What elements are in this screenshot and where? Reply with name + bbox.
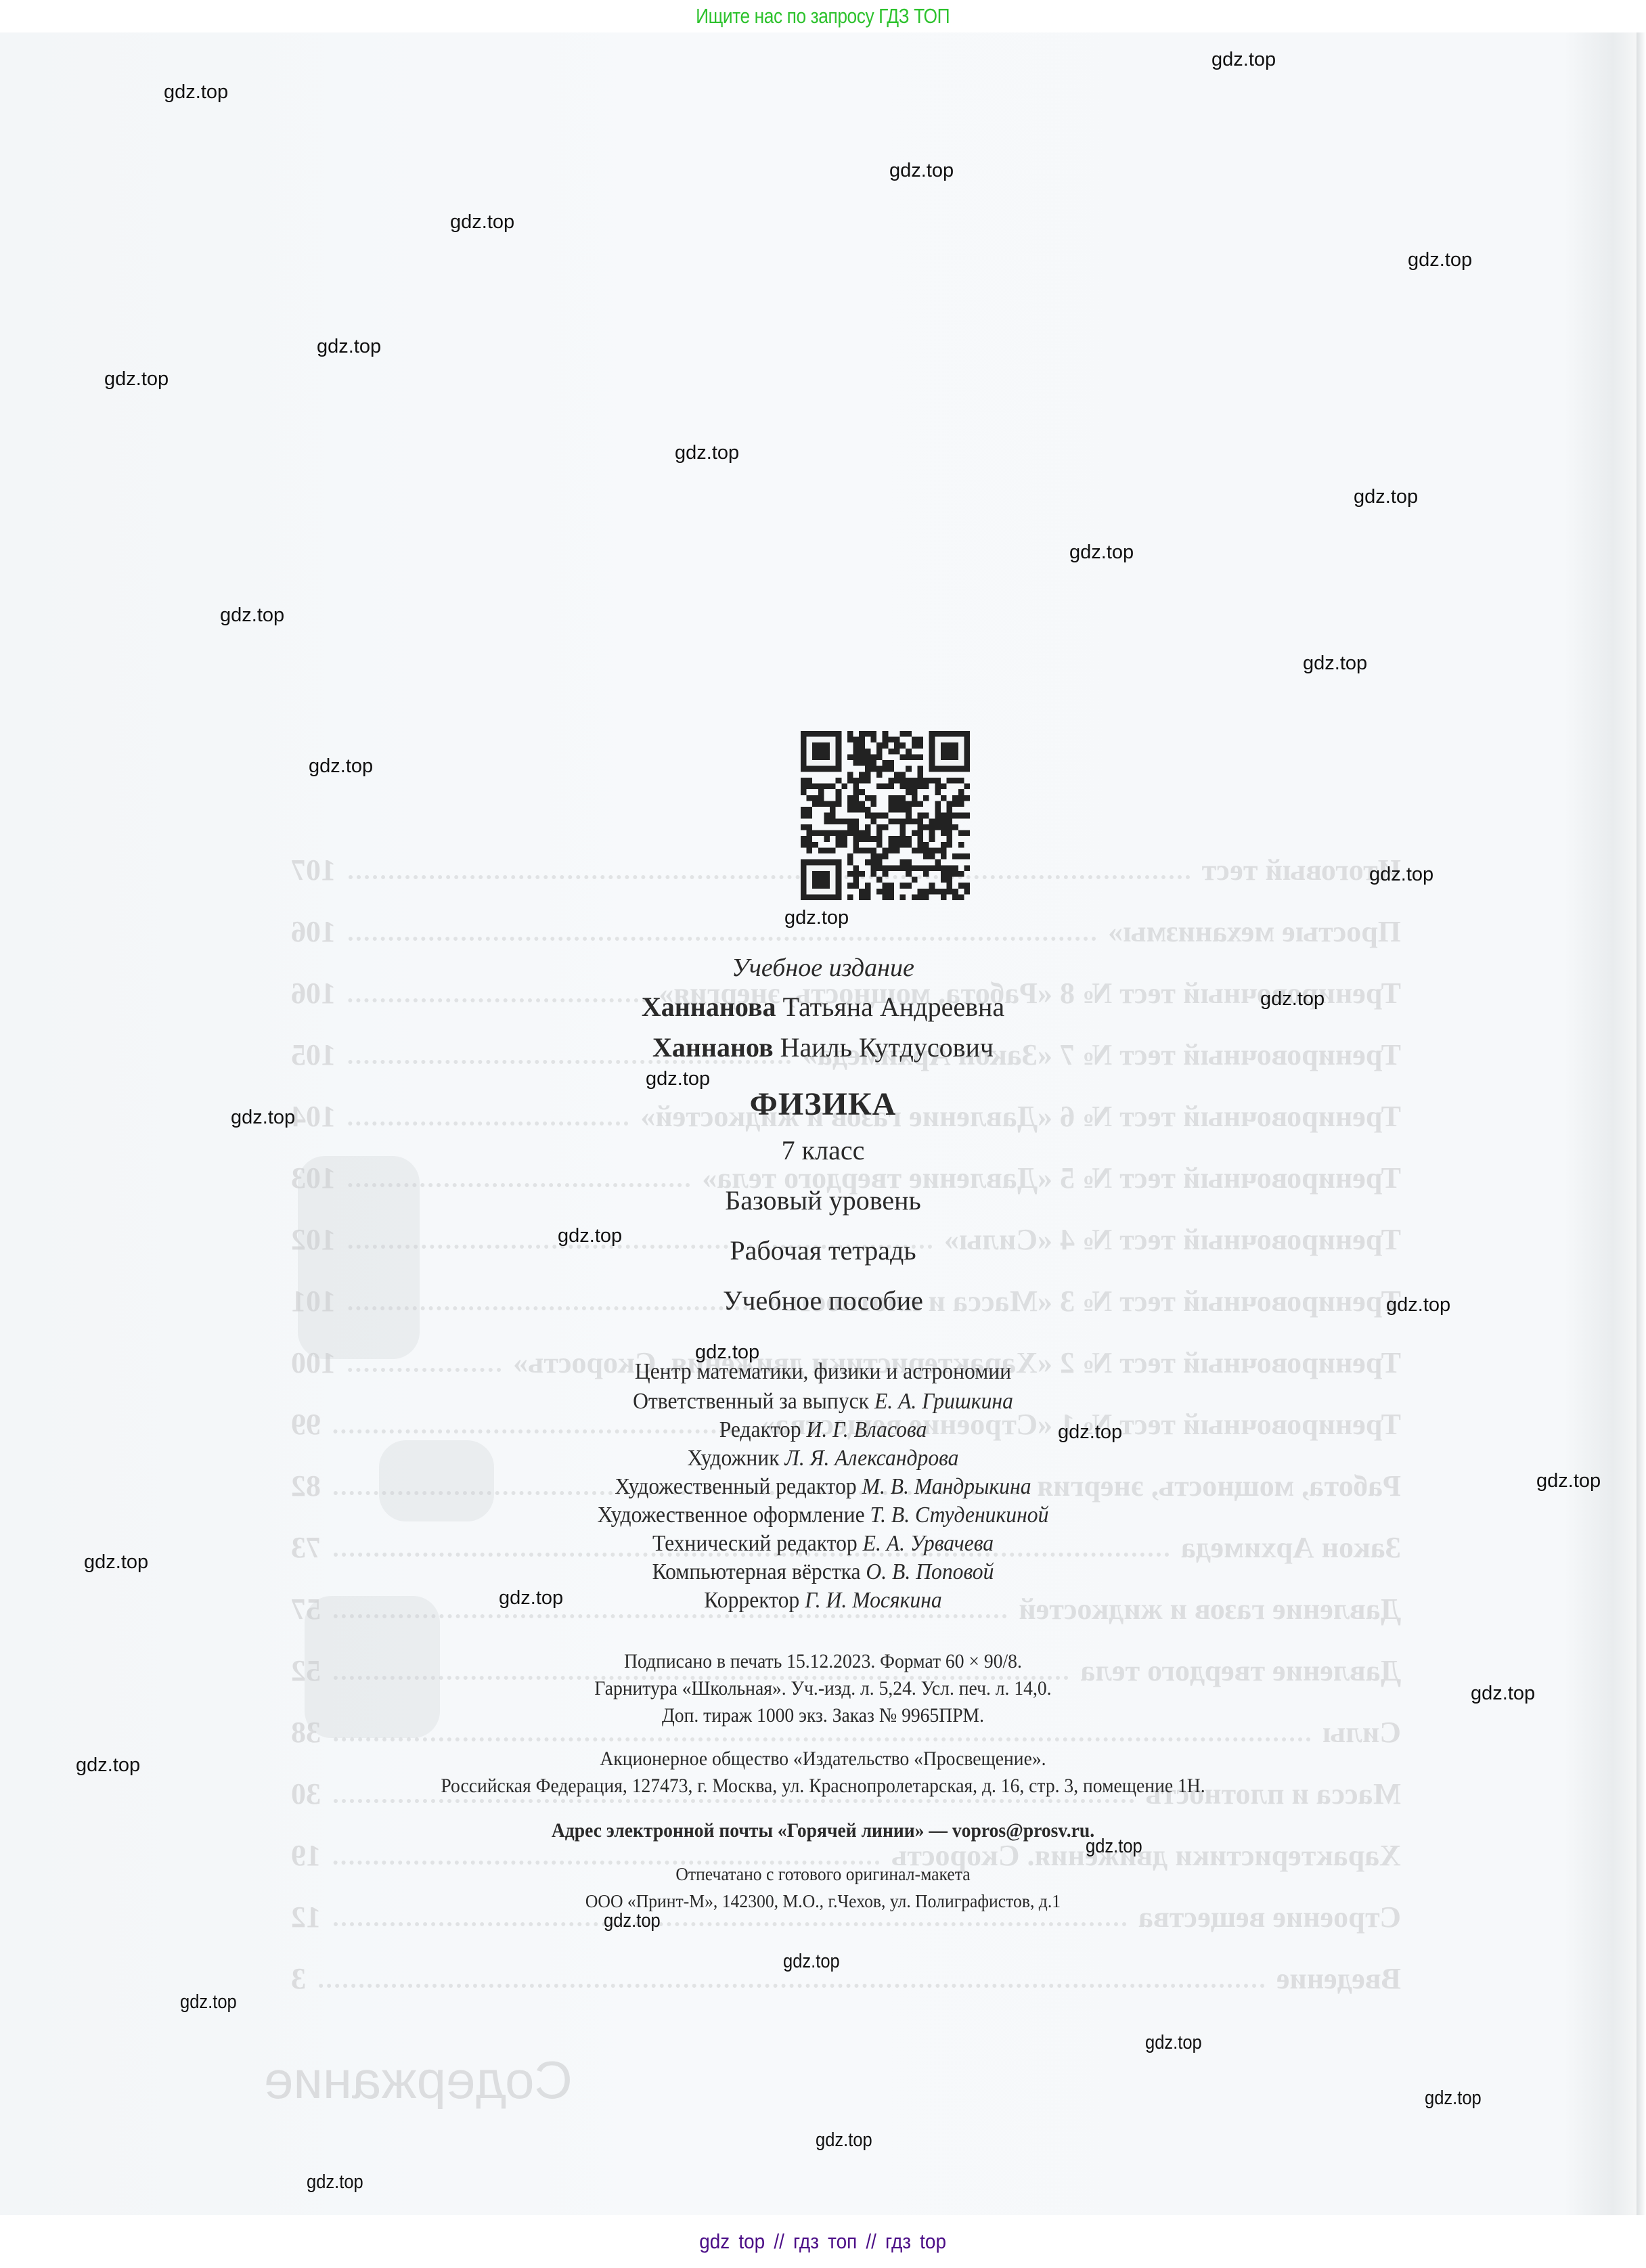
watermark-text: gdz.top [1260,988,1325,1010]
credit-name: И. Г. Власова [807,1417,927,1442]
watermark-text: gdz.top [1408,249,1472,271]
footer-bar: gdz top // гдз топ // гдз top [0,2215,1646,2268]
watermark-text: gdz.top [889,160,954,182]
publishing-center: Центр математики, физики и астрономии [58,1359,1588,1385]
watermark-text: gdz.top [695,1341,759,1364]
grade: 7 класс [0,1134,1646,1166]
watermark-text: gdz.top [1145,2032,1202,2054]
author-2-surname: Ханнанов [652,1032,774,1063]
credit-name: М. В. Мандрыкина [862,1474,1031,1499]
watermark-text: gdz.top [675,442,739,464]
publisher-address: Российская Федерация, 127473, г. Москва,… [66,1775,1580,1798]
watermark-text: gdz.top [231,1107,295,1129]
print-info-3: Доп. тираж 1000 экз. Заказ № 9965ПРМ. [66,1704,1580,1727]
credit-line: Ответственный за выпуск Е. А. Гришкина [58,1389,1588,1415]
level: Базовый уровень [0,1184,1646,1216]
watermark-text: gdz.top [1425,2087,1482,2110]
credit-role: Художественное оформление [598,1503,870,1528]
credit-line: Редактор И. Г. Власова [58,1417,1588,1443]
watermark-text: gdz.top [1386,1294,1450,1316]
credit-line: Художественный редактор М. В. Мандрыкина [58,1474,1588,1500]
watermark-text: gdz.top [604,1910,661,1932]
watermark-text: gdz.top [307,2171,363,2194]
watermark-text: gdz.top [164,81,228,104]
watermark-text: gdz.top [180,1991,237,2014]
watermark-text: gdz.top [84,1551,148,1574]
scanned-page: Содержание Введение3Строение вещества12Х… [0,32,1646,2215]
author-1: Ханнанова Татьяна Андреевна [0,991,1646,1023]
credit-name: Г. И. Мосякина [805,1588,942,1613]
book-type: Рабочая тетрадь [0,1235,1646,1266]
credit-role: Технический редактор [652,1531,863,1556]
watermark-text: gdz.top [1369,864,1433,886]
watermark-text: gdz.top [76,1754,140,1777]
qr-code-icon [801,731,970,900]
credit-line: Корректор Г. И. Мосякина [58,1588,1588,1614]
credit-role: Редактор [719,1417,807,1442]
credit-name: Т. В. Студеникиной [870,1503,1049,1528]
credit-role: Компьютерная вёрстка [652,1559,866,1584]
author-1-given: Татьяна Андреевна [783,992,1005,1022]
author-2: Ханнанов Наиль Кутдусович [0,1031,1646,1063]
watermark-text: gdz.top [1058,1421,1122,1444]
watermark-text: gdz.top [1069,541,1134,564]
watermark-text: gdz.top [1211,49,1276,71]
watermark-text: gdz.top [1471,1683,1535,1705]
printer-note: Отпечатано с готового оригинал-макета [41,1864,1605,1885]
credit-role: Корректор [704,1588,805,1613]
watermark-text: gdz.top [1536,1470,1601,1492]
watermark-text: gdz.top [646,1068,710,1090]
watermark-text: gdz.top [1086,1836,1142,1858]
ghost-toc-row: Введение3 [291,1961,1401,1996]
credit-role: Ответственный за выпуск [633,1389,874,1414]
credit-line: Художественное оформление Т. В. Студеник… [58,1503,1588,1528]
author-2-given: Наиль Кутдусович [780,1032,994,1063]
credit-name: Е. А. Урвачева [863,1531,994,1556]
watermark-text: gdz.top [558,1225,622,1247]
print-info-1: Подписано в печать 15.12.2023. Формат 60… [66,1650,1580,1673]
watermark-text: gdz.top [220,604,284,627]
printer-address: ООО «Принт-М», 142300, М.О., г.Чехов, ул… [41,1891,1605,1912]
print-info-2: Гарнитура «Школьная». Уч.-изд. л. 5,24. … [66,1677,1580,1700]
ghost-toc-title: Содержание [264,2049,573,2111]
watermark-text: gdz.top [784,907,849,929]
credit-name: О. В. Поповой [866,1559,994,1584]
watermark-text: gdz.top [783,1951,840,1973]
page-edge-shadow [1637,32,1646,2215]
watermark-text: gdz.top [450,211,514,234]
watermark-text: gdz.top [816,2129,872,2152]
footer-link[interactable]: gdz top // гдз топ // гдз top [700,2229,947,2254]
watermark-text: gdz.top [499,1587,563,1609]
edition-type: Учебное издание [0,953,1646,983]
publisher-name: Акционерное общество «Издательство «Прос… [66,1748,1580,1771]
watermark-text: gdz.top [317,336,381,358]
author-1-surname: Ханнанова [642,992,776,1022]
credit-line: Художник Л. Я. Александрова [58,1446,1588,1471]
credit-line: Компьютерная вёрстка О. В. Поповой [58,1559,1588,1585]
watermark-text: gdz.top [104,368,169,391]
watermark-text: gdz.top [1303,652,1367,675]
hotline-email[interactable]: Адрес электронной почты «Горячей линии» … [66,1819,1580,1842]
watermark-text: gdz.top [1354,486,1418,508]
credit-name: Л. Я. Александрова [784,1446,958,1471]
watermark-text: gdz.top [309,755,373,778]
credit-name: Е. А. Гришкина [874,1389,1013,1414]
banner-text[interactable]: Ищите нас по запросу ГДЗ ТОП [696,4,950,28]
credit-role: Художник [688,1446,785,1471]
credit-role: Художественный редактор [615,1474,862,1499]
top-banner: Ищите нас по запросу ГДЗ ТОП [0,0,1646,32]
credit-line: Технический редактор Е. А. Урвачева [58,1531,1588,1557]
